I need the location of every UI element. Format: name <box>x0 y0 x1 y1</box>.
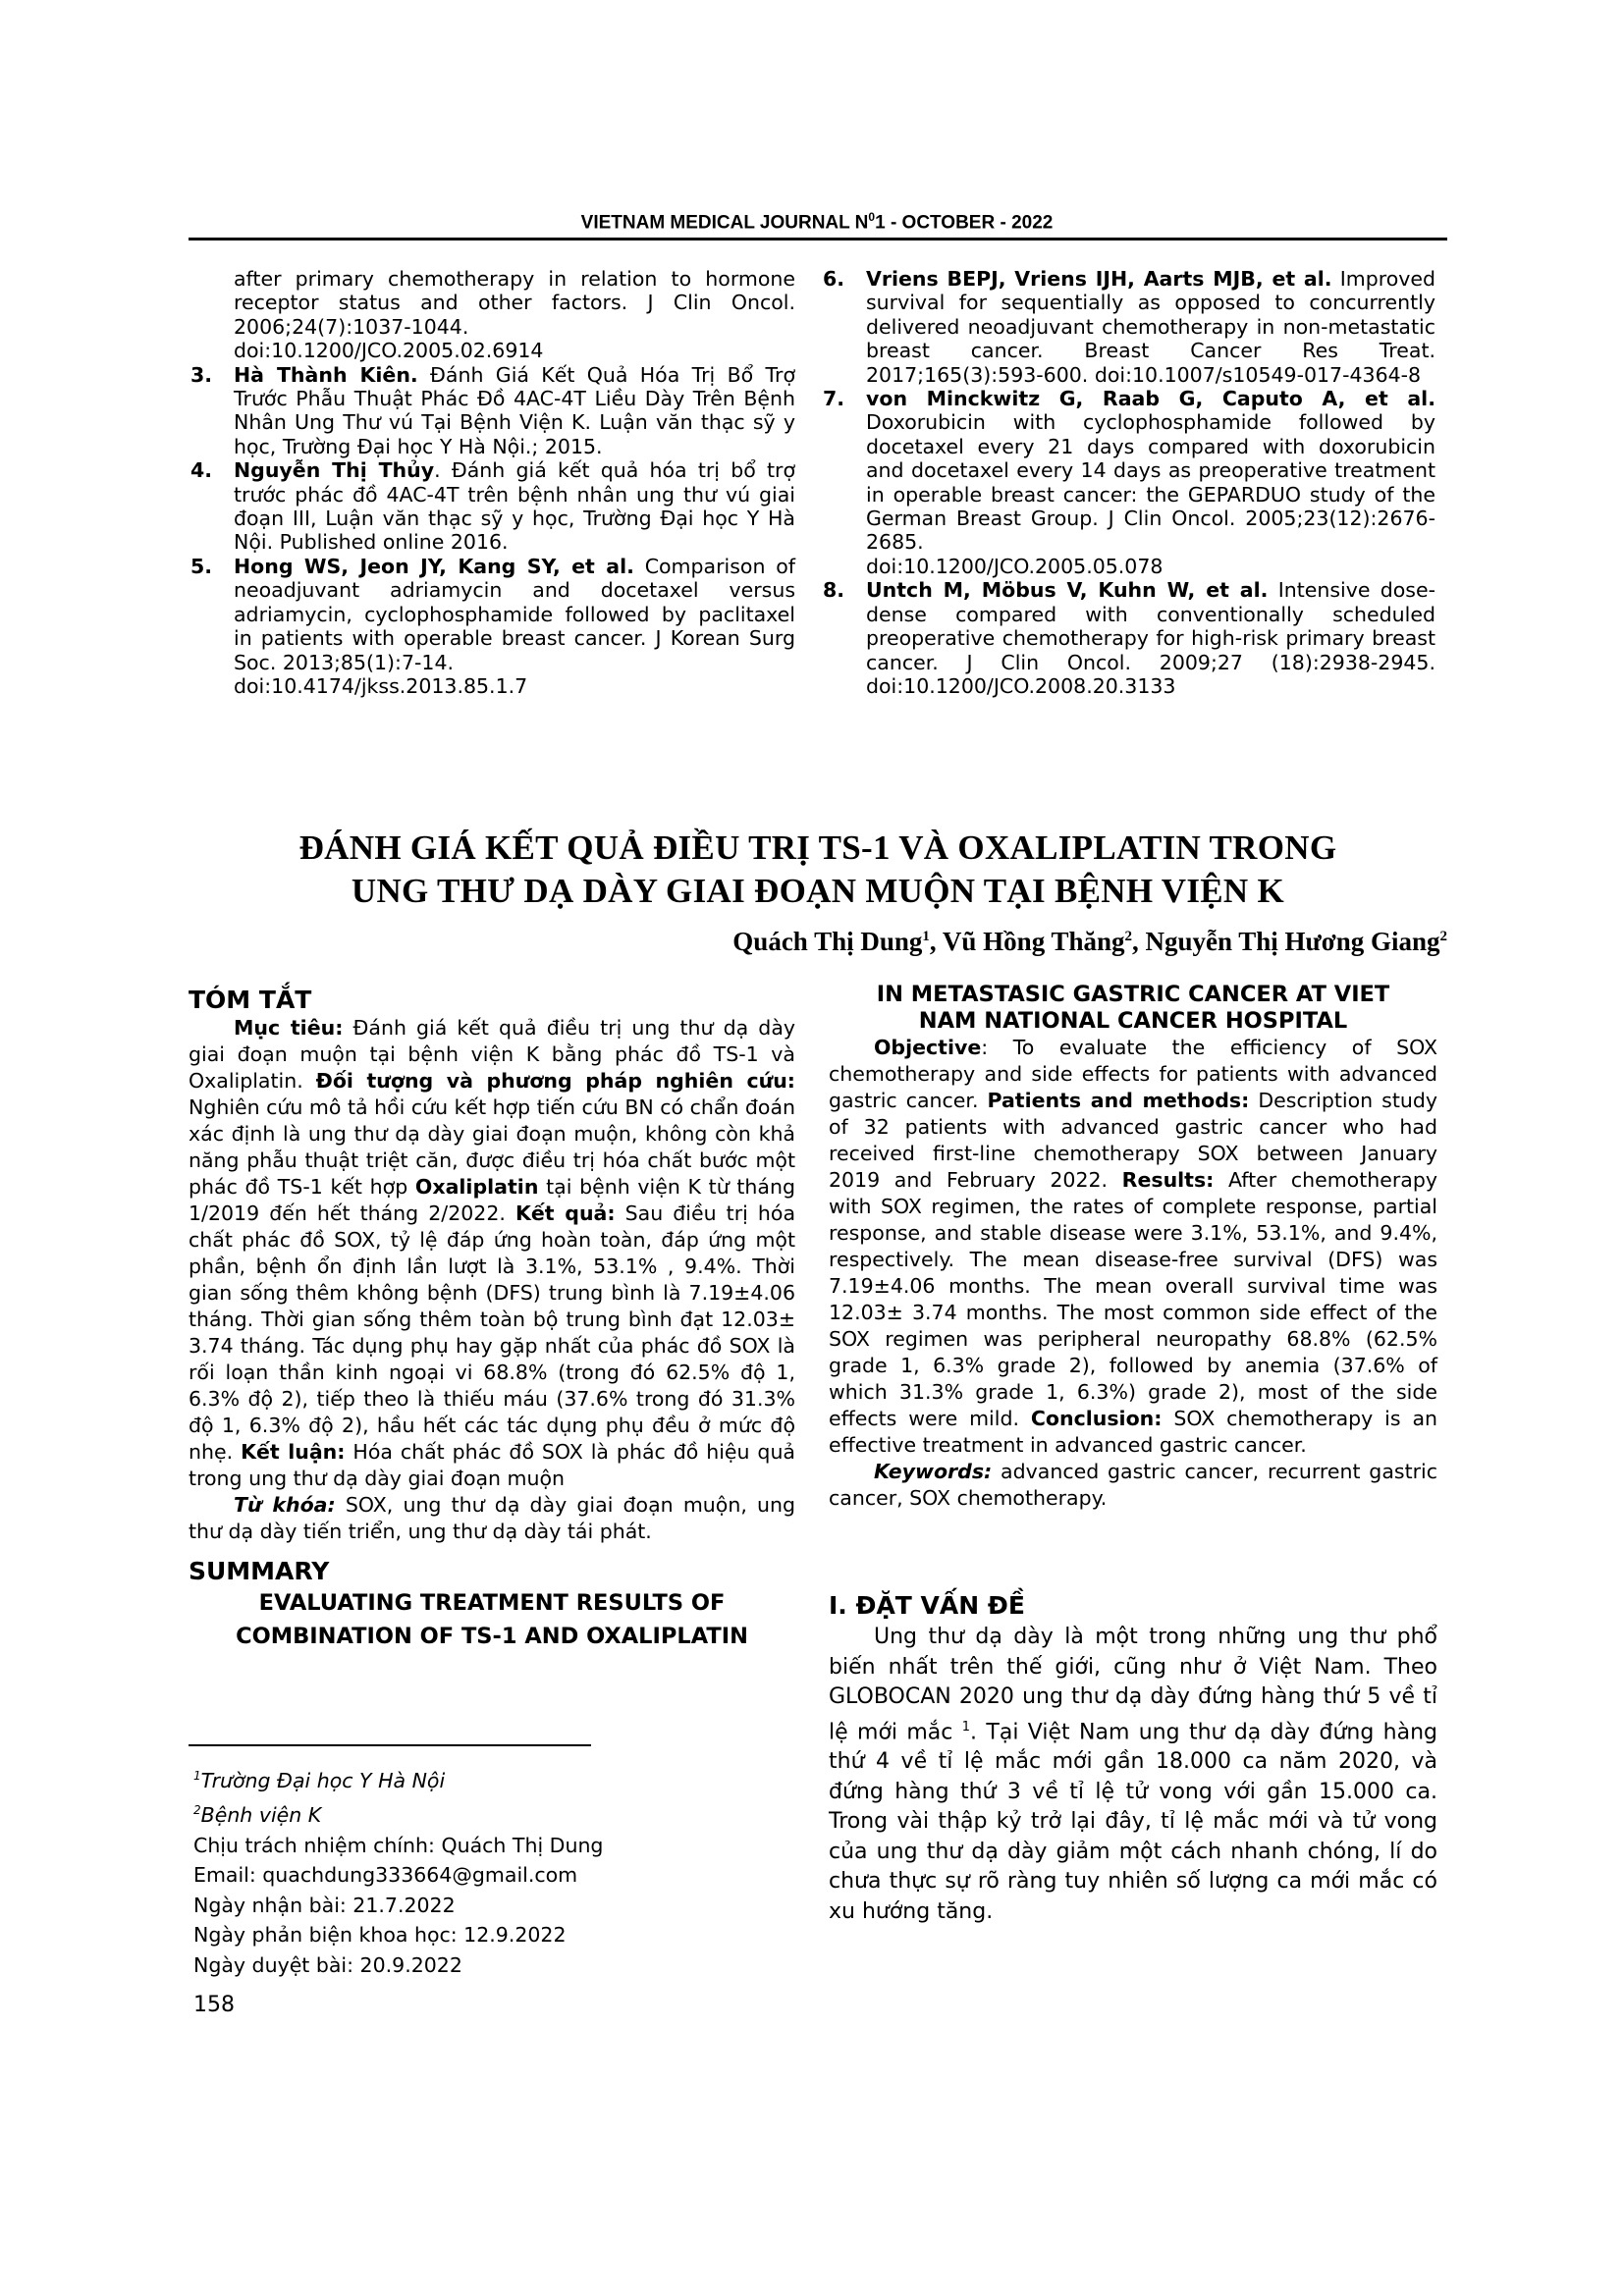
abstract-keywords: Từ khóa: SOX, ung thư dạ dày giai đoạn m… <box>189 1492 795 1545</box>
reference-item: 8.Untch M, Möbus V, Kuhn W, et al. Inten… <box>866 578 1435 698</box>
reference-doi: doi:10.1200/JCO.2005.05.078 <box>866 555 1163 578</box>
page-number: 158 <box>193 1993 235 2017</box>
abstract-vietnamese: TÓM TẮT Mục tiêu: Đánh giá kết quả điều … <box>189 986 795 1653</box>
summary-title-continued: IN METASTASIC GASTRIC CANCER AT VIET NAM… <box>829 982 1437 1035</box>
reference-doi: doi:10.4174/jkss.2013.85.1.7 <box>234 674 527 698</box>
corresponding-author: Chịu trách nhiệm chính: Quách Thị Dung <box>193 1831 603 1861</box>
author: Vũ Hồng Thăng <box>943 927 1125 956</box>
reference-item: after primary chemotherapy in relation t… <box>234 267 795 363</box>
footnote-rule <box>189 1744 591 1746</box>
date-reviewed: Ngày phản biện khoa học: 12.9.2022 <box>193 1920 603 1950</box>
reference-authors: Hong WS, Jeon JY, Kang SY, et al. <box>234 555 634 578</box>
date-accepted: Ngày duyệt bài: 20.9.2022 <box>193 1950 603 1981</box>
reference-authors: Hà Thành Kiên. <box>234 363 418 387</box>
abstract-heading: TÓM TẮT <box>189 986 795 1015</box>
introduction-section: I. ĐẶT VẤN ĐỀ Ung thư dạ dày là một tron… <box>829 1591 1437 1927</box>
introduction-heading: I. ĐẶT VẤN ĐỀ <box>829 1591 1437 1621</box>
summary-keywords: Keywords: advanced gastric cancer, recur… <box>829 1459 1437 1512</box>
abstract-english: IN METASTASIC GASTRIC CANCER AT VIET NAM… <box>829 982 1437 1512</box>
reference-item: 5.Hong WS, Jeon JY, Kang SY, et al. Comp… <box>234 555 795 698</box>
summary-title: EVALUATING TREATMENT RESULTS OF COMBINAT… <box>189 1586 795 1653</box>
reference-item: 3.Hà Thành Kiên. Đánh Giá Kết Quả Hóa Tr… <box>234 363 795 459</box>
summary-body: Objective: To evaluate the efficiency of… <box>829 1035 1437 1459</box>
reference-doi: doi:10.1200/JCO.2005.02.6914 <box>234 339 543 362</box>
reference-authors: Untch M, Möbus V, Kuhn W, et al. <box>866 578 1268 602</box>
article-title: ĐÁNH GIÁ KẾT QUẢ ĐIỀU TRỊ TS-1 VÀ OXALIP… <box>189 827 1447 913</box>
reference-authors: Nguyễn Thị Thủy <box>234 458 434 482</box>
author-list: Quách Thị Dung1, Vũ Hồng Thăng2, Nguyễn … <box>732 927 1447 957</box>
date-received: Ngày nhận bài: 21.7.2022 <box>193 1891 603 1921</box>
header-rule <box>189 238 1447 240</box>
reference-item: 4.Nguyễn Thị Thủy. Đánh giá kết quả hóa … <box>234 458 795 555</box>
reference-authors: von Minckwitz G, Raab G, Caputo A, et al… <box>866 387 1435 410</box>
affiliation-2: 2Bệnh viện K <box>193 1795 603 1830</box>
introduction-body: Ung thư dạ dày là một trong những ung th… <box>829 1623 1437 1927</box>
journal-page: VIETNAM MEDICAL JOURNAL N01 - OCTOBER - … <box>0 0 1624 2296</box>
reference-item: 7.von Minckwitz G, Raab G, Caputo A, et … <box>866 387 1435 578</box>
reference-item: 6.Vriens BEPJ, Vriens IJH, Aarts MJB, et… <box>866 267 1435 387</box>
footnotes: 1Trường Đại học Y Hà Nội 2Bệnh viện K Ch… <box>193 1761 603 1980</box>
summary-heading: SUMMARY <box>189 1557 795 1586</box>
running-header: VIETNAM MEDICAL JOURNAL N01 - OCTOBER - … <box>189 210 1445 234</box>
author: Nguyễn Thị Hương Giang <box>1146 927 1440 956</box>
references-right-column: 6.Vriens BEPJ, Vriens IJH, Aarts MJB, et… <box>866 267 1435 698</box>
abstract-body: Mục tiêu: Đánh giá kết quả điều trị ung … <box>189 1015 795 1492</box>
references-left-column: after primary chemotherapy in relation t… <box>234 267 795 698</box>
email: Email: quachdung333664@gmail.com <box>193 1860 603 1891</box>
author: Quách Thị Dung <box>732 927 922 956</box>
affiliation-1: 1Trường Đại học Y Hà Nội <box>193 1761 603 1795</box>
reference-authors: Vriens BEPJ, Vriens IJH, Aarts MJB, et a… <box>866 267 1332 291</box>
